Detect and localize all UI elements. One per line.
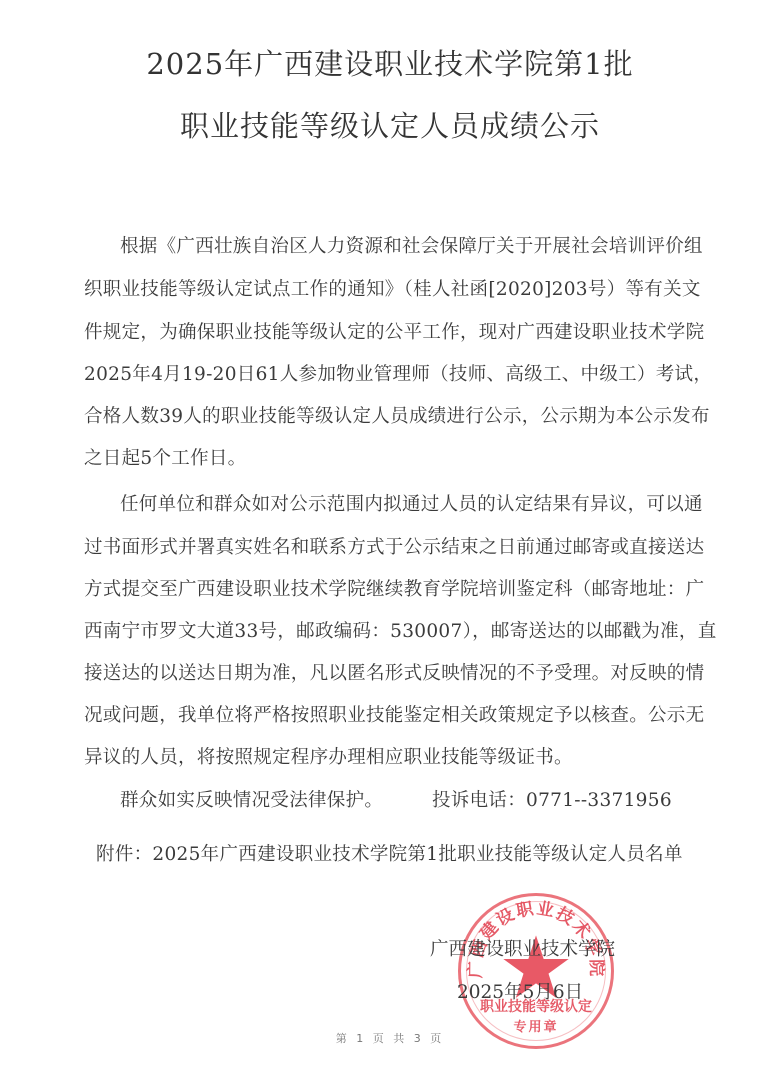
text-line: 之日起5个工作日。: [84, 444, 246, 470]
legal-protection-note: 群众如实反映情况受法律保护。: [120, 786, 383, 812]
official-seal: 广西建设职业技术学院 职业技能等级认定 专用章: [458, 893, 614, 1049]
text-line: 过书面形式并署真实姓名和联系方式于公示结束之日前通过邮寄或直接送达: [84, 533, 704, 559]
document-title-line-1: 2025年广西建设职业技术学院第1批: [0, 42, 780, 83]
page-footer: 第 1 页 共 3 页: [0, 1030, 780, 1046]
text-line: 接送达的以送达日期为准，凡以匿名形式反映情况的不予受理。对反映的情: [84, 659, 704, 685]
text-line: 异议的人员，将按照规定程序办理相应职业技能等级证书。: [84, 743, 573, 769]
complaint-phone-label: 投诉电话：: [432, 790, 526, 811]
text-line: 任何单位和群众如对公示范围内拟通过人员的认定结果有异议，可以通: [120, 490, 703, 516]
attachment-note: 附件：2025年广西建设职业技术学院第1批职业技能等级认定人员名单: [96, 840, 683, 866]
text-line: 况或问题，我单位将严格按照职业技能鉴定相关政策规定予以核查。公示无: [84, 701, 704, 727]
text-line: 西南宁市罗文大道33号，邮政编码：530007），邮寄送达的以邮戳为准，直: [84, 617, 717, 643]
text-line: 合格人数39人的职业技能等级认定人员成绩进行公示，公示期为本公示发布: [84, 402, 710, 428]
complaint-phone: 投诉电话：0771--3371956: [432, 786, 672, 812]
signature-date: 2025年5月6日: [457, 978, 583, 1004]
document-title-line-2: 职业技能等级认定人员成绩公示: [0, 104, 780, 145]
text-line: 方式提交至广西建设职业技术学院继续教育学院培训鉴定科（邮寄地址：广: [84, 575, 704, 601]
text-line: 2025年4月19-20日61人参加物业管理师（技师、高级工、中级工）考试，: [84, 360, 712, 386]
complaint-phone-number: 0771--3371956: [526, 790, 672, 811]
seal-type-text: 专用章: [461, 1016, 611, 1035]
text-line: 根据《广西壮族自治区人力资源和社会保障厅关于开展社会培训评价组: [120, 232, 703, 258]
text-line: 织职业技能等级认定试点工作的通知》（桂人社函[2020]203号）等有关文: [84, 275, 701, 301]
signature-institution: 广西建设职业技术学院: [430, 935, 615, 961]
text-line: 件规定，为确保职业技能等级认定的公平工作，现对广西建设职业技术学院: [84, 318, 704, 344]
